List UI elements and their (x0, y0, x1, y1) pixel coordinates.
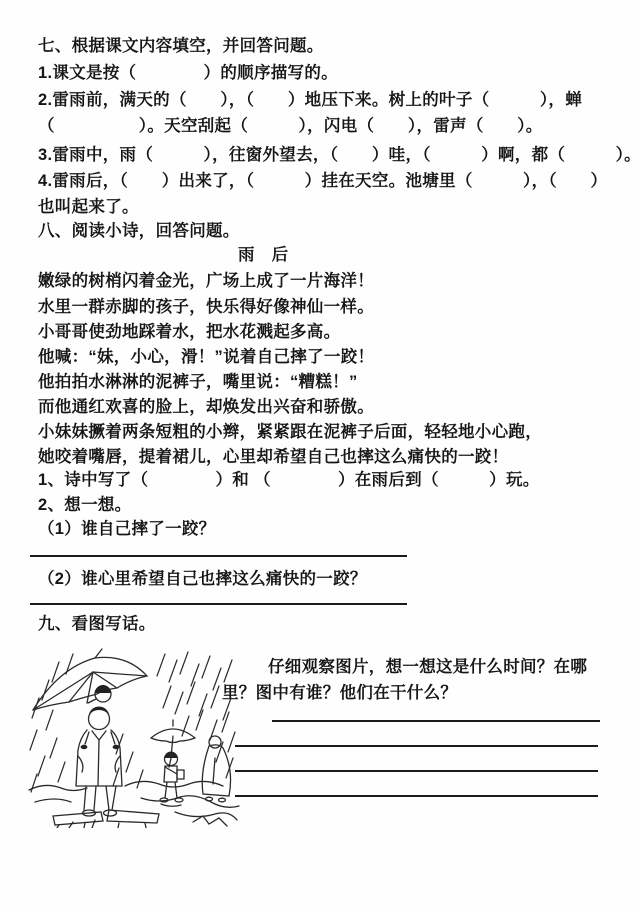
writing-line-4 (235, 795, 598, 797)
sub-question-1: （1）谁自己摔了一跤？ (38, 520, 215, 539)
ground-strokes (29, 781, 239, 826)
poem-line-6: 而他通红欢喜的脸上，却焕发出兴奋和骄傲。 (38, 398, 374, 417)
worksheet-page: 七、根据课文内容填空，并回答问题。 1.课文是按（ ）的顺序描写的。 2.雷雨前… (0, 0, 640, 906)
poem-line-4: 他喊：“妹，小心，滑！”说着自己摔了一跤！ (38, 348, 374, 367)
poem-question-2: 2、想一想。 (38, 496, 131, 515)
fill-blank-line-2: 2.雷雨前，满天的（ ），（ ）地压下来。树上的叶子（ ），蝉 (38, 91, 582, 110)
writing-line-2 (235, 745, 598, 747)
poem-line-3: 小哥哥使劲地踩着水，把水花溅起多高。 (38, 323, 340, 342)
sub-question-2: （2）谁心里希望自己也摔这么痛快的一跤？ (38, 570, 367, 589)
poem-line-8: 她咬着嘴唇，提着裙儿，心里却希望自己也摔这么痛快的一跤！ (38, 448, 508, 467)
rain-scene-illustration (25, 646, 245, 828)
poem-line-1: 嫩绿的树梢闪着金光，广场上成了一片海洋！ (38, 272, 374, 291)
fill-blank-line-2b: （ ）。天空刮起（ ），闪电（ ），雷声（ ）。 (38, 117, 543, 136)
fill-blank-line-4b: 也叫起来了。 (38, 198, 139, 217)
wooden-planks (53, 810, 159, 828)
answer-underline-2 (30, 603, 407, 605)
large-umbrella-icon (33, 649, 147, 710)
fill-blank-line-1: 1.课文是按（ ）的顺序描写的。 (38, 64, 338, 83)
rain-lines-icon (30, 652, 235, 792)
picture-prompt-line-1: 仔细观察图片，想一想这是什么时间？在哪 (268, 658, 587, 677)
section7-heading: 七、根据课文内容填空，并回答问题。 (38, 37, 324, 56)
poem-line-5: 他拍拍水淋淋的泥裤子，嘴里说：“糟糕！” (38, 373, 358, 392)
poem-title: 雨 后 (238, 246, 288, 265)
fill-blank-line-4: 4.雷雨后，（ ）出来了，（ ）挂在天空。池塘里（ ），（ ） (38, 172, 607, 191)
picture-prompt-line-2: 里？图中有谁？他们在干什么？ (222, 684, 457, 703)
writing-line-3 (235, 770, 598, 772)
child-with-small-umbrella (151, 720, 195, 802)
fill-blank-line-3: 3.雷雨中，雨（ ），往窗外望去，（ ）哇，（ ）啊，都（ ）。 (38, 146, 640, 165)
section9-heading: 九、看图写话。 (38, 615, 156, 634)
poem-question-1: 1、诗中写了（ ）和 （ ）在雨后到（ ）玩。 (38, 471, 540, 490)
section8-heading: 八、阅读小诗，回答问题。 (38, 222, 240, 241)
adult-figure (76, 707, 122, 816)
poem-line-2: 水里一群赤脚的孩子，快乐得好像神仙一样。 (38, 298, 374, 317)
answer-underline-1 (30, 555, 407, 557)
poem-line-7: 小妹妹撅着两条短粗的小辫，紧紧跟在泥裤子后面，轻轻地小心跑， (38, 423, 542, 442)
writing-line-1 (272, 720, 600, 722)
raincoat-figure (202, 736, 230, 802)
